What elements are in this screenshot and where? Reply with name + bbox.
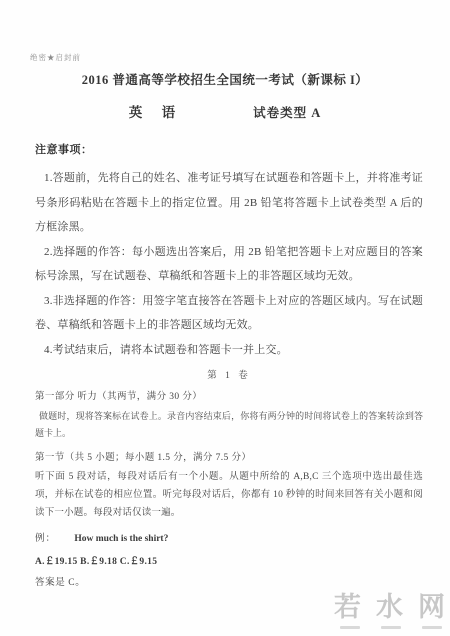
part-note: 做题时，现将答案标在试卷上。录音内容结束后，你将有两分钟的时间将试卷上的答案转涂… (35, 408, 423, 441)
paper-type-label: 试卷类型 A (253, 103, 321, 121)
watermark-subtext-mark (422, 626, 442, 629)
notice-heading: 注意事项： (35, 141, 423, 157)
watermark: 若水网 (334, 585, 445, 629)
exam-paper-page: 绝密★启封前 2016 普通高等学校招生全国统一考试（新课标 I） 英 语 试卷… (0, 0, 450, 636)
example-label: 例： (35, 534, 56, 544)
secrecy-label: 绝密★启封前 (30, 52, 81, 63)
notice-item-3: 3.非选择题的作答：用签字笔直接答在答题卡上对应的答题区域内。写在试题卷、草稿纸… (35, 289, 423, 338)
subject-row: 英 语 试卷类型 A (0, 101, 450, 121)
volume-heading: 第 1 卷 (35, 367, 423, 381)
watermark-subtext-mark (340, 626, 360, 629)
document-body: 注意事项： 1.答题前，先将自己的姓名、准考证号填写在试题卷和答题卡上，并将准考… (35, 141, 423, 588)
example-row: 例： How much is the shirt? (35, 530, 423, 544)
watermark-subtext-mark (381, 626, 401, 629)
part-heading: 第一部分 听力（其两节，满分 30 分） (35, 388, 423, 402)
exam-title: 2016 普通高等学校招生全国统一考试（新课标 I） (0, 70, 450, 88)
section-heading: 第一节（共 5 小题；每小题 1.5 分，满分 7.5 分） (35, 449, 423, 463)
example-question: How much is the shirt? (74, 534, 168, 544)
notice-item-4: 4.考试结束后，请将本试题卷和答题卡一并上交。 (35, 338, 423, 363)
notice-item-1: 1.答题前，先将自己的姓名、准考证号填写在试题卷和答题卡上，并将准考证号条形码粘… (35, 166, 423, 240)
subject-title: 英 语 (129, 101, 183, 121)
example-options: A.￡19.15 B.￡9.18 C.￡9.15 (35, 553, 423, 567)
watermark-text: 若水网 (334, 585, 450, 624)
watermark-subtext (334, 624, 445, 629)
notice-item-2: 2.选择题的作答：每小题选出答案后，用 2B 铅笔把答题卡上对应题目的答案标号涂… (35, 240, 423, 289)
section-instructions: 听下面 5 段对话，每段对话后有一个小题。从题中所给的 A,B,C 三个选项中选… (35, 468, 423, 522)
